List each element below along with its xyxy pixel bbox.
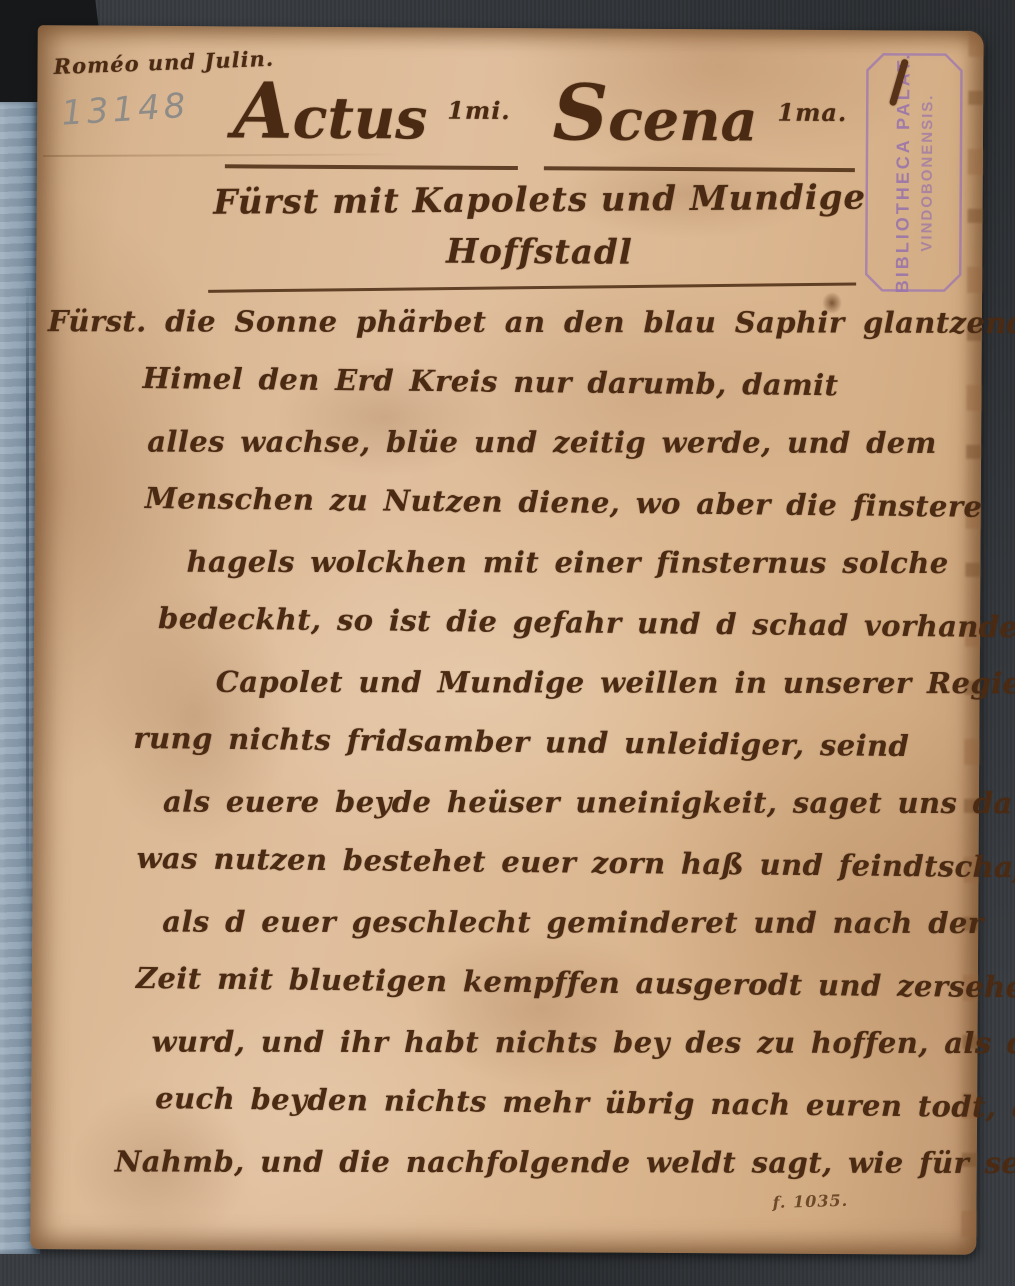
heading-scena: Scena [552, 68, 757, 159]
stamp-line2: VINDOBONENSIS. [918, 93, 936, 251]
manuscript-line: Zeit mit bluetigen kempffen ausgerodt un… [136, 958, 956, 1007]
heading-scena-numeral: 1ma. [777, 99, 847, 127]
binding-fold-line [26, 282, 29, 902]
manuscript-line: Nahmb, und die nachfolgende weldt sagt, … [115, 1141, 955, 1182]
manuscript-line: Capolet und Mundige weillen in unserer R… [216, 662, 958, 703]
manuscript-body: Fürst. die Sonne phärbet an den blau Sap… [43, 299, 960, 1205]
heading-actus-numeral: 1mi. [447, 97, 511, 125]
library-stamp: BIBLIOTHECA PALAT. VINDOBONENSIS. [862, 50, 965, 295]
photo-backdrop: Roméo und Julin. 13148 Actus 1mi.Scena 1… [0, 0, 1015, 1286]
manuscript-line: alles wachse, blüe und zeitig werde, und… [147, 422, 959, 463]
manuscript-line: euch beyden nichts mehr übrig nach euren… [155, 1078, 955, 1126]
heading-actus-group: Actus 1mi. [225, 66, 519, 170]
heading-actus: Actus [233, 66, 428, 157]
folio-number: f. 1035. [772, 1191, 848, 1212]
manuscript-line: Himel den Erd Kreis nur darumb, damit [142, 358, 959, 407]
manuscript-line: wurd, und ihr habt nichts bey des zu hof… [152, 1022, 956, 1063]
manuscript-line: was nutzen bestehet euer zorn haß und fe… [136, 838, 956, 887]
manuscript-line: als euere beyde heüser uneinigkeit, sage… [163, 782, 957, 823]
stamp-text: BIBLIOTHECA PALAT. VINDOBONENSIS. [862, 50, 965, 295]
heading-scena-group: Scena 1ma. [544, 68, 855, 172]
manuscript-line: Menschen zu Nutzen diene, wo aber die fi… [145, 478, 959, 527]
manuscript-line: hagels wolckhen mit einer finsternus sol… [186, 542, 958, 583]
manuscript-page: Roméo und Julin. 13148 Actus 1mi.Scena 1… [30, 25, 983, 1255]
subtitle-underline [208, 282, 856, 292]
stage-direction-line1: Fürst mit Kapolets und Mundige [187, 177, 893, 223]
manuscript-line: bedeckht, so ist die gefahr und d schad … [158, 598, 958, 646]
scene-heading: Actus 1mi.Scena 1ma. [157, 66, 924, 173]
manuscript-line: Fürst. die Sonne phärbet an den blau Sap… [48, 301, 960, 343]
manuscript-line: rung nichts fridsamber und unleidiger, s… [133, 718, 957, 767]
manuscript-line: als d euer geschlecht geminderet und nac… [162, 902, 956, 943]
stage-direction-line2: Hoffstadl [186, 230, 892, 274]
